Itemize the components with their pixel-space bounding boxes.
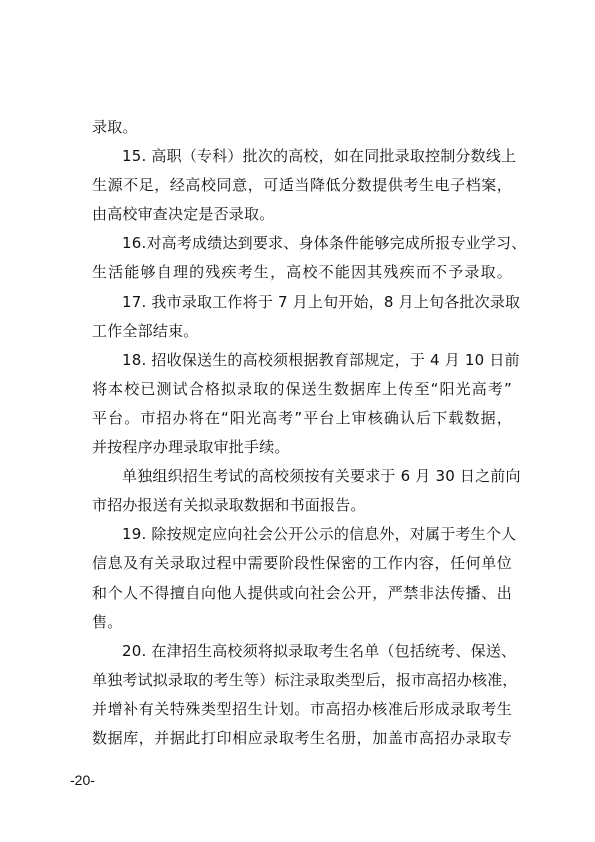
text-line: 单独考试拟录取的考生等）标注录取类型后，报市高招办核准， (92, 666, 512, 695)
text-line: 生源不足，经高校同意，可适当降低分数提供考生电子档案， (92, 171, 512, 200)
text-line: 工作全部结束。 (92, 317, 512, 346)
text-line: 生活能够自理的残疾考生，高校不能因其残疾而不予录取。 (92, 258, 512, 287)
text-line: 16.对高考成绩达到要求、身体条件能够完成所报专业学习、 (92, 229, 512, 258)
text-line: 数据库，并据此打印相应录取考生名册，加盖市高招办录取专 (92, 724, 512, 753)
text-line: 和个人不得擅自向他人提供或向社会公开，严禁非法传播、出 (92, 579, 512, 608)
text-line: 17. 我市录取工作将于 7 月上旬开始，8 月上旬各批次录取 (92, 288, 512, 317)
text-line: 20. 在津招生高校须将拟录取考生名单（包括统考、保送、 (92, 637, 512, 666)
text-line: 19. 除按规定应向社会公开公示的信息外，对属于考生个人 (92, 520, 512, 549)
text-line: 由高校审查决定是否录取。 (92, 200, 512, 229)
text-line: 将本校已测试合格拟录取的保送生数据库上传至“阳光高考” (92, 375, 512, 404)
text-line: 录取。 (92, 113, 512, 142)
text-line: 市招办报送有关拟录取数据和书面报告。 (92, 491, 512, 520)
text-line: 单独组织招生考试的高校须按有关要求于 6 月 30 日之前向 (92, 462, 512, 491)
text-line: 售。 (92, 608, 512, 637)
page-number: -20- (70, 772, 95, 788)
text-line: 平台。市招办将在“阳光高考”平台上审核确认后下载数据， (92, 404, 512, 433)
document-body: 录取。 15. 高职（专科）批次的高校，如在同批录取控制分数线上 生源不足，经高… (92, 113, 512, 753)
text-line: 15. 高职（专科）批次的高校，如在同批录取控制分数线上 (92, 142, 512, 171)
text-line: 信息及有关录取过程中需要阶段性保密的工作内容，任何单位 (92, 549, 512, 578)
text-line: 并增补有关特殊类型招生计划。市高招办核准后形成录取考生 (92, 695, 512, 724)
text-line: 18. 招收保送生的高校须根据教育部规定，于 4 月 10 日前 (92, 346, 512, 375)
text-line: 并按程序办理录取审批手续。 (92, 433, 512, 462)
